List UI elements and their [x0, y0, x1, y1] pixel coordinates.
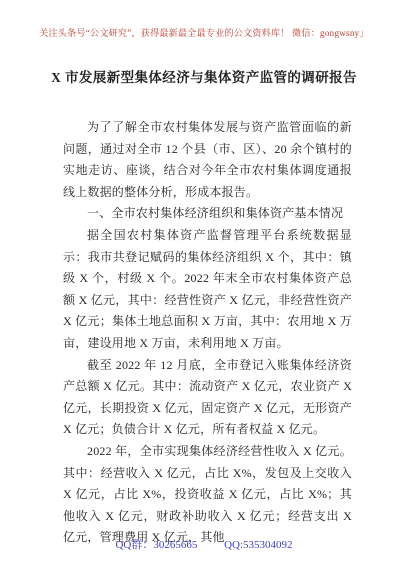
qq-group-number: QQ群：30265665	[115, 539, 197, 551]
document-page: 关注头条号“公文研究”，获得最新最全最专业的公文资料库！ 微信：gongwsny…	[0, 0, 408, 580]
paragraph-operating-income: 2022 年，全市实现集体经济经营性收入 X 亿元。其中：经营收入 X 亿元，占…	[63, 441, 352, 549]
promo-header-notice: 关注头条号“公文研究”，获得最新最全最专业的公文资料库！ 微信：gongwsny…	[0, 0, 408, 39]
document-body: 为了了解全市农村集体发展与资产监管面临的新问题，通过对全市 12 个县（市、区）…	[63, 117, 352, 549]
qq-number: QQ:535304092	[224, 539, 292, 551]
paragraph-org-and-assets: 据全国农村集体资产监督管理平台系统数据显示：我市共登记赋码的集体经济组织 X 个…	[63, 225, 352, 355]
document-title: X 市发展新型集体经济与集体资产监管的调研报告	[36, 66, 372, 86]
section-heading-basic-situation: 一、全市农村集体经济组织和集体资产基本情况	[63, 203, 352, 225]
promo-footer: QQ群：30265665 QQ:535304092	[0, 536, 408, 552]
paragraph-asset-totals: 截至 2022 年 12 月底，全市登记入账集体经济资产总额 X 亿元。其中：流…	[63, 355, 352, 441]
paragraph-intro: 为了了解全市农村集体发展与资产监管面临的新问题，通过对全市 12 个县（市、区）…	[63, 117, 352, 203]
